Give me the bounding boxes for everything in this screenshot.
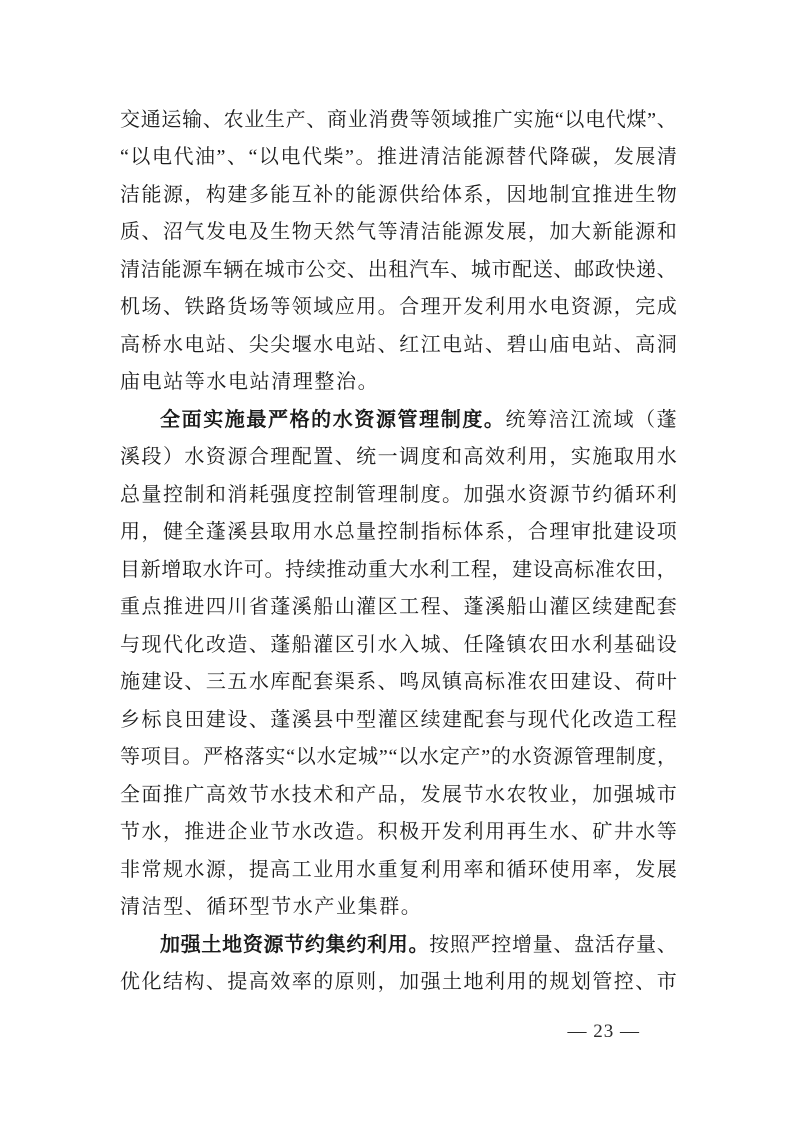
text-line: “以电代油”、“以电代柴”。推进清洁能源替代降碳，发展清 (120, 139, 677, 177)
text-line: 乡标良田建设、蓬溪县中型灌区续建配套与现代化改造工程 (120, 701, 677, 739)
text-line: 节水，推进企业节水改造。积极开发利用再生水、矿井水等 (120, 814, 677, 852)
text-line: 高桥水电站、尖尖堰水电站、红江电站、碧山庙电站、高洞 (120, 326, 677, 364)
text-line: 质、沼气发电及生物天然气等清洁能源发展，加大新能源和 (120, 214, 677, 252)
text-line: 全面推广高效节水技术和产品，发展节水农牧业，加强城市 (120, 776, 677, 814)
text-line: 总量控制和消耗强度控制管理制度。加强水资源节约循环利 (120, 476, 677, 514)
text-line: 优化结构、提高效率的原则，加强土地利用的规划管控、市 (120, 964, 677, 1002)
text-line: 加强土地资源节约集约利用。按照严控增量、盘活存量、 (120, 926, 677, 964)
text-line: 施建设、三五水库配套渠系、鸣凤镇高标准农田建设、荷叶 (120, 664, 677, 702)
text-line: 溪段）水资源合理配置、统一调度和高效利用，实施取用水 (120, 439, 677, 477)
text-line: 洁能源，构建多能互补的能源供给体系，因地制宜推进生物 (120, 176, 677, 214)
document-text: 交通运输、农业生产、商业消费等领域推广实施“以电代煤”、“以电代油”、“以电代柴… (120, 101, 677, 1001)
text-line: 全面实施最严格的水资源管理制度。统筹涪江流域（蓬 (120, 401, 677, 439)
text-line: 清洁能源车辆在城市公交、出租汽车、城市配送、邮政快递、 (120, 251, 677, 289)
text-line: 交通运输、农业生产、商业消费等领域推广实施“以电代煤”、 (120, 101, 677, 139)
text-line: 重点推进四川省蓬溪船山灌区工程、蓬溪船山灌区续建配套 (120, 589, 677, 627)
document-page: 交通运输、农业生产、商业消费等领域推广实施“以电代煤”、“以电代油”、“以电代柴… (0, 0, 793, 1122)
text-line: 用，健全蓬溪县取用水总量控制指标体系，合理审批建设项 (120, 514, 677, 552)
page-number: — 23 — (568, 1020, 641, 1044)
text-line: 庙电站等水电站清理整治。 (120, 364, 677, 402)
text-line: 与现代化改造、蓬船灌区引水入城、任隆镇农田水利基础设 (120, 626, 677, 664)
text-line: 机场、铁路货场等领域应用。合理开发利用水电资源，完成 (120, 289, 677, 327)
text-line: 目新增取水许可。持续推动重大水利工程，建设高标准农田， (120, 551, 677, 589)
text-line: 非常规水源，提高工业用水重复利用率和循环使用率，发展 (120, 851, 677, 889)
text-line: 等项目。严格落实“以水定城”“以水定产”的水资源管理制度， (120, 739, 677, 777)
text-line: 清洁型、循环型节水产业集群。 (120, 889, 677, 927)
